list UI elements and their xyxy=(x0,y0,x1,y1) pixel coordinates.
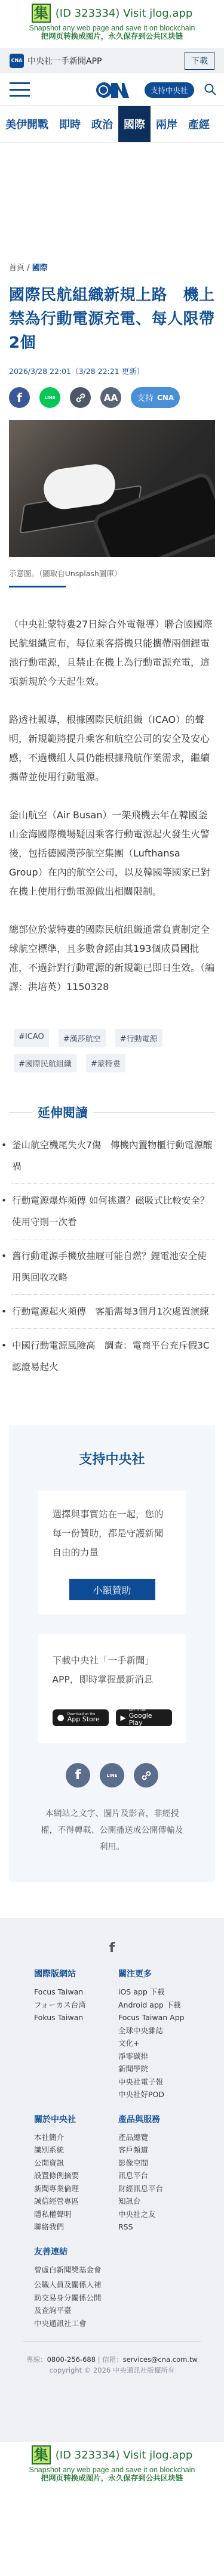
footer-col-about: 關於中央社 本社簡介 識別系統 公開資訊 設置條例摘要 新聞專業倫理 誠信經營專… xyxy=(34,2113,118,2234)
copyright: copyright © 2026 中央通訊社版權所有 xyxy=(0,2365,224,2376)
cna-mini-logo: CNA xyxy=(157,394,174,402)
download-app-button[interactable]: 下載 xyxy=(185,52,214,70)
jlog-banner-bottom: 集(ID 323334) Visit jlog.app Snapshot any… xyxy=(0,2442,224,2490)
footer-link[interactable]: 誠信經營專區 xyxy=(34,2195,118,2208)
footer-link[interactable]: 識別系統 xyxy=(34,2144,118,2157)
related-title: 延伸閱讀 xyxy=(33,1103,93,1121)
googleplay-big: Google Play xyxy=(129,1712,167,1727)
footer-link[interactable]: 隱私權聲明 xyxy=(34,2208,118,2221)
separator: | xyxy=(96,2355,102,2364)
footer-link[interactable]: 聯絡我們 xyxy=(34,2221,118,2234)
article-title: 國際民航組織新規上路 機上禁為行動電源充電、每人限帶2個 xyxy=(9,283,215,355)
footer-link[interactable]: 全球中央雜誌 xyxy=(118,2024,202,2037)
nav-item-us-iran-war[interactable]: 美伊開戰 xyxy=(0,106,54,142)
app-download-box: 下載中央社「一手新聞」APP，即時掌握最新消息 ● Download on th… xyxy=(38,1634,186,1743)
paragraph: 總部位於蒙特婁的國際民航組織通常負責制定全球航空標準，且多數會經由其193個成員… xyxy=(9,920,215,997)
footer-friends: 友善連結 曾虛白新聞獎基金會 公職人員及關係人補助交易身分關係公開及查詢平臺 中… xyxy=(0,2246,143,2330)
app-download-text: 下載中央社「一手新聞」APP，即時掌握最新消息 xyxy=(53,1651,172,1689)
hotline-number[interactable]: 0800-256-688 xyxy=(47,2355,96,2364)
play-icon: ▶ xyxy=(121,1714,126,1722)
footer-col-products: 產品與服務 產品總覽 客戶頻道 影像空間 訊息平台 財經訊息平台 知訊台 中央社… xyxy=(118,2113,202,2234)
footer-divider xyxy=(23,2342,201,2342)
article-body: （中央社蒙特婁27日綜合外電報導）聯合國國際民航組織宣布，每位乘客搭機只能攜帶兩… xyxy=(9,615,215,997)
jlog-line1: (ID 323334) Visit jlog.app xyxy=(56,2449,193,2461)
related-link[interactable]: 行動電源起火頻傳 客船需每3個月1次處置演練 xyxy=(12,1306,209,1317)
facebook-icon[interactable]: f xyxy=(66,1763,90,1788)
google-play-button[interactable]: ▶ GET IT ONGoogle Play xyxy=(116,1709,172,1726)
support-cna-button[interactable]: 支持中央社 xyxy=(145,82,194,98)
article-photo[interactable] xyxy=(9,420,215,557)
hotline-label: 專線： xyxy=(26,2355,47,2364)
tag-montreal[interactable]: #蒙特婁 xyxy=(86,1054,125,1072)
store-badges: ● Download on theApp Store ▶ GET IT ONGo… xyxy=(53,1709,172,1726)
facebook-share-icon[interactable]: f xyxy=(9,387,30,408)
footer-link[interactable]: iOS app 下載 xyxy=(118,1986,202,1999)
footer-contact: 專線：0800-256-688 | 信箱：services@cna.com.tw… xyxy=(0,2354,224,2376)
copy-link-icon[interactable] xyxy=(70,387,91,408)
category-nav: 美伊開戰 即時 政治 國際 兩岸 產經 xyxy=(0,106,224,143)
footer-columns: 國際版網站 Focus Taiwan フォーカス台湾 Fokus Taiwan … xyxy=(0,1968,224,2234)
related-item[interactable]: 行動電源起火頻傳 客船需每3個月1次處置演練 xyxy=(12,1295,215,1329)
copy-link-icon[interactable] xyxy=(134,1763,158,1788)
nav-item-international[interactable]: 國際 xyxy=(118,106,151,142)
search-icon[interactable] xyxy=(204,83,217,96)
support-section: 支持中央社 選擇與事實站在一起，您的每一份贊助，都是守護新聞自由的力量 小額贊助… xyxy=(9,1425,215,1882)
footer-link[interactable]: 淨零碳排 xyxy=(118,2050,202,2063)
related-item[interactable]: 釜山航空機尾失火7傷 傳機內置物櫃行動電源釀禍 xyxy=(12,1128,215,1184)
footer-link[interactable]: フォーカス台湾 xyxy=(34,1999,118,2012)
footer-heading: 友善連結 xyxy=(34,2246,143,2258)
footer-link[interactable]: 設置條例摘要 xyxy=(34,2169,118,2182)
line-icon[interactable]: LINE xyxy=(100,1763,124,1788)
site-footer: f 國際版網站 Focus Taiwan フォーカス台湾 Fokus Taiwa… xyxy=(0,1918,224,2442)
related-link[interactable]: 舊行動電源手機放抽屜可能自燃？鋰電池安全使用與回收攻略 xyxy=(12,1251,207,1283)
support-cna-share-button[interactable]: 支持 CNA xyxy=(131,387,180,408)
tag-lufthansa[interactable]: #漢莎航空 xyxy=(59,1029,106,1047)
donate-box: 選擇與事實站在一起，您的每一份贊助，都是守護新聞自由的力量 小額贊助 xyxy=(38,1490,186,1615)
caption-divider xyxy=(9,586,66,587)
jlog-line2: Snapshot any web page and save it on blo… xyxy=(0,2466,224,2474)
appstore-big: App Store xyxy=(67,1716,100,1723)
link-icon xyxy=(141,1770,152,1781)
paragraph: （中央社蒙特婁27日綜合外電報導）聯合國國際民航組織宣布，每位乘客搭機只能攜帶兩… xyxy=(9,615,215,691)
footer-heading: 關於中央社 xyxy=(34,2113,118,2125)
footer-link[interactable]: 中央社好POD xyxy=(118,2088,202,2101)
related-heading: 延伸閱讀 xyxy=(0,1103,224,1121)
footer-heading: 產品與服務 xyxy=(118,2113,202,2125)
footer-link[interactable]: Focus Taiwan xyxy=(34,1986,118,1999)
line-share-icon[interactable]: LINE xyxy=(39,387,60,408)
footer-heading: 關注更多 xyxy=(118,1968,202,1980)
footer-link[interactable]: 中央社電子報 xyxy=(118,2076,202,2089)
app-store-button[interactable]: ● Download on theApp Store xyxy=(53,1709,109,1726)
cna-app-icon: CNA xyxy=(10,54,24,68)
nav-item-economy[interactable]: 產經 xyxy=(183,106,215,142)
tag-icao-zh[interactable]: #國際民航組織 xyxy=(14,1054,76,1072)
related-link[interactable]: 釜山航空機尾失火7傷 傳機內置物櫃行動電源釀禍 xyxy=(12,1140,212,1172)
footer-link[interactable]: 訊息平台 xyxy=(118,2169,202,2182)
jlog-line2: Snapshot any web page and save it on blo… xyxy=(0,24,224,32)
app-title: 中央社一手新聞APP xyxy=(27,55,102,67)
share-bar: f LINE AA 支持 CNA xyxy=(9,387,215,408)
related-item[interactable]: 行動電源爆炸頻傳 如何挑選？磁吸式比較安全？使用守則一次看 xyxy=(12,1184,215,1239)
breadcrumb-home[interactable]: 首頁 xyxy=(9,264,24,273)
related-link[interactable]: 中國行動電源風險高 調查：電商平台充斥假3C認證易起火 xyxy=(12,1340,210,1372)
nav-item-cross-strait[interactable]: 兩岸 xyxy=(151,106,183,142)
footer-heading: 國際版網站 xyxy=(34,1968,118,1980)
footer-link[interactable]: 新聞學院 xyxy=(118,2062,202,2076)
footer-link[interactable]: 公職人員及關係人補助交易身分關係公開及查詢平臺 xyxy=(34,2278,103,2317)
donate-button[interactable]: 小額贊助 xyxy=(69,1579,155,1600)
footer-link[interactable]: 本社簡介 xyxy=(34,2131,118,2144)
email-link[interactable]: services@cna.com.tw xyxy=(123,2355,198,2364)
nav-item-realtime[interactable]: 即時 xyxy=(54,106,86,142)
jlog-line3: 把网页转换成图片，永久保存到公共区块链 xyxy=(0,2474,224,2482)
footer-link[interactable]: Android app 下載 xyxy=(118,1999,202,2012)
footer-link[interactable]: RSS xyxy=(118,2221,202,2234)
footer-link[interactable]: 影像空間 xyxy=(118,2157,202,2170)
jlog-badge-icon: 集 xyxy=(32,4,51,23)
divider xyxy=(93,1112,215,1113)
nav-item-politics[interactable]: 政治 xyxy=(86,106,118,142)
related-item[interactable]: 中國行動電源風險高 調查：電商平台充斥假3C認證易起火 xyxy=(12,1329,215,1384)
footer-link[interactable]: 中央社之友 xyxy=(118,2208,202,2221)
breadcrumb-current[interactable]: 國際 xyxy=(32,264,48,273)
donate-text: 選擇與事實站在一起，您的每一份贊助，都是守護新聞自由的力量 xyxy=(53,1505,172,1562)
article: 首頁 / 國際 國際民航組織新規上路 機上禁為行動電源充電、每人限帶2個 202… xyxy=(0,261,224,1072)
font-size-icon[interactable]: AA xyxy=(100,387,121,408)
paragraph: 路透社報導，根據國際民航組織（ICAO）的聲明，新規範將提升乘客和航空公司的安全… xyxy=(9,710,215,787)
app-download-bar: CNA 中央社一手新聞APP 下載 xyxy=(0,48,224,73)
support-label: 支持 xyxy=(137,392,154,404)
tag-list: #ICAO #漢莎航空 #行動電源 #國際民航組織 #蒙特婁 xyxy=(9,1029,215,1072)
footer-link[interactable]: 產品總覽 xyxy=(118,2131,202,2144)
divider xyxy=(9,1112,33,1113)
site-header: 支持中央社 xyxy=(0,73,224,106)
related-reading: 延伸閱讀 釜山航空機尾失火7傷 傳機內置物櫃行動電源釀禍 行動電源爆炸頻傳 如何… xyxy=(0,1103,224,1384)
footer-link[interactable]: 知訊台 xyxy=(118,2195,202,2208)
footer-link[interactable]: Fokus Taiwan xyxy=(34,2011,118,2024)
footer-link[interactable]: 新聞專業倫理 xyxy=(34,2182,118,2195)
jlog-badge-icon: 集 xyxy=(32,2445,51,2464)
footer-link[interactable]: Focus Taiwan App xyxy=(118,2011,202,2024)
footer-link[interactable]: 曾虛白新聞獎基金會 xyxy=(34,2263,103,2277)
footer-link[interactable]: 客戶頻道 xyxy=(118,2144,202,2157)
related-link[interactable]: 行動電源爆炸頻傳 如何挑選？磁吸式比較安全？使用守則一次看 xyxy=(12,1195,209,1227)
paragraph: 釜山航空（Air Busan）一架飛機去年在韓國釜山金海國際機場疑因乘客行動電源… xyxy=(9,806,215,901)
jlog-banner-top: 集(ID 323334) Visit jlog.app Snapshot any… xyxy=(0,0,224,48)
copyright-note: 本網站之文字、圖片及影音，非經授權，不得轉載、公開播送或公開傳輸及利用。 xyxy=(38,1805,187,1856)
tag-power-bank[interactable]: #行動電源 xyxy=(115,1029,162,1047)
footer-link[interactable]: 公開資訊 xyxy=(34,2157,118,2170)
cna-logo[interactable] xyxy=(96,81,129,99)
jlog-line1: (ID 323334) Visit jlog.app xyxy=(56,7,193,20)
related-list: 釜山航空機尾失火7傷 傳機內置物櫃行動電源釀禍 行動電源爆炸頻傳 如何挑選？磁吸… xyxy=(0,1128,224,1384)
breadcrumb: 首頁 / 國際 xyxy=(9,261,215,273)
link-icon xyxy=(75,392,86,403)
article-date: 2026/3/28 22:01（3/28 22:21 更新） xyxy=(9,366,215,376)
hamburger-menu-icon[interactable] xyxy=(10,82,30,97)
apple-icon: ● xyxy=(57,1713,65,1723)
footer-link[interactable]: 中央通訊社工會 xyxy=(34,2317,103,2330)
support-heading: 支持中央社 xyxy=(9,1449,215,1468)
email-label: 信箱： xyxy=(102,2355,123,2364)
photo-caption: 示意圖。（圖取自Unsplash圖庫） xyxy=(9,568,215,579)
footer-facebook-icon[interactable]: f xyxy=(0,1941,224,1956)
footer-col-follow: 關注更多 iOS app 下載 Android app 下載 Focus Tai… xyxy=(118,1968,202,2101)
related-item[interactable]: 舊行動電源手機放抽屜可能自燃？鋰電池安全使用與回收攻略 xyxy=(12,1239,215,1295)
footer-link[interactable]: 財經訊息平台 xyxy=(118,2182,202,2195)
support-share-bar: f LINE xyxy=(9,1763,215,1788)
jlog-line3: 把网页转换成图片，永久保存到公共区块链 xyxy=(0,32,224,41)
footer-col-international: 國際版網站 Focus Taiwan フォーカス台湾 Fokus Taiwan xyxy=(34,1968,118,2101)
tag-icao[interactable]: #ICAO xyxy=(14,1029,49,1047)
footer-link[interactable]: 文化+ xyxy=(118,2037,202,2050)
breadcrumb-separator: / xyxy=(27,264,29,273)
